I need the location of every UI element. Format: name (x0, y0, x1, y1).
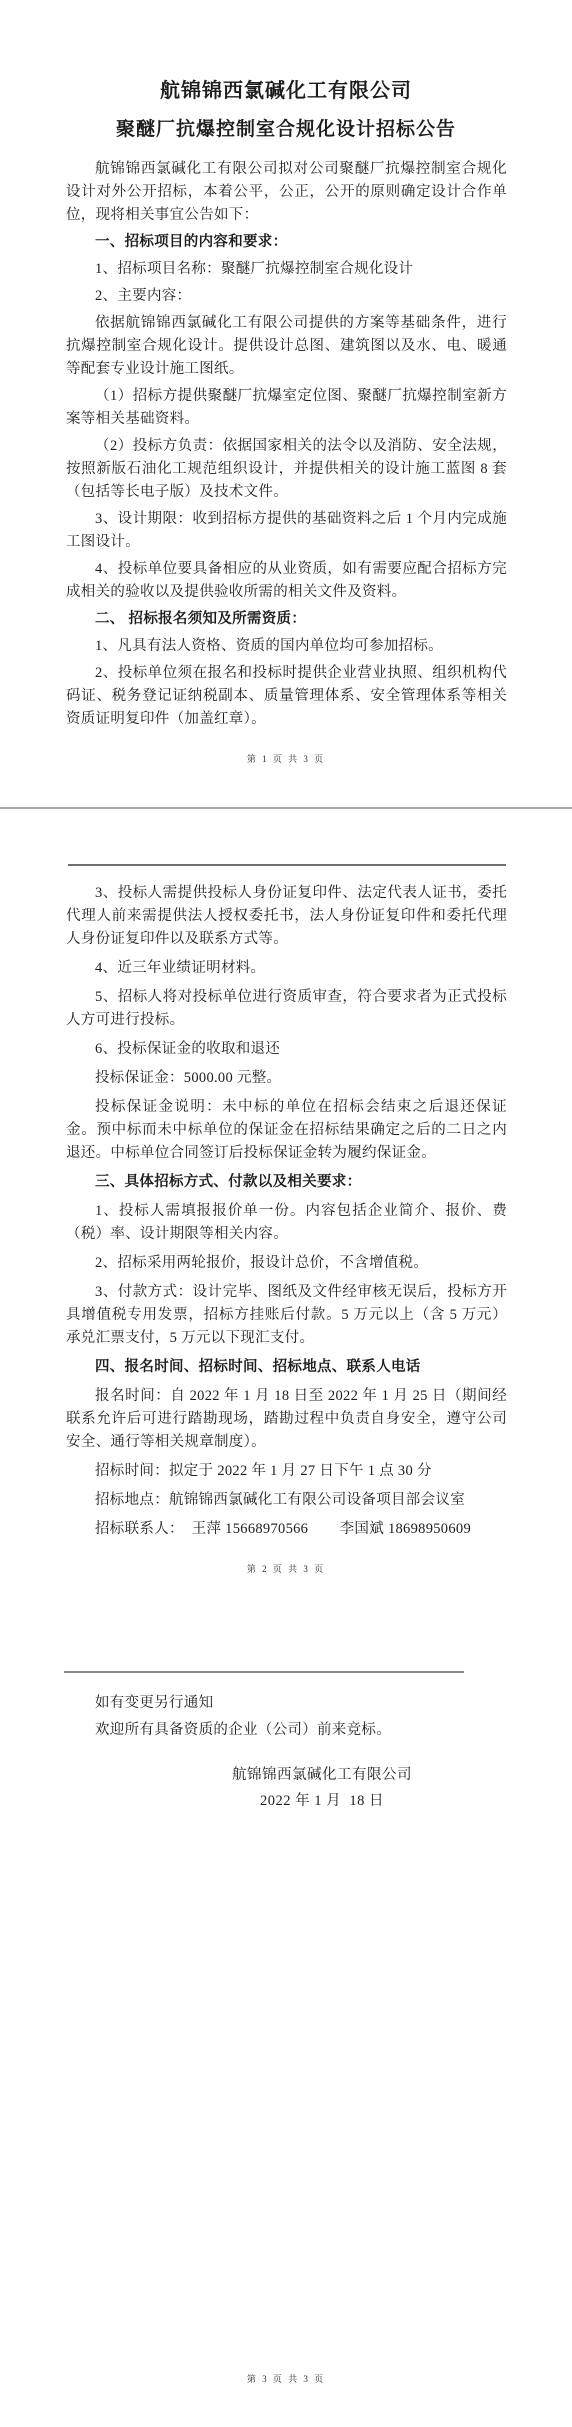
paragraph: 航锦锦西氯碱化工有限公司拟对公司聚醚厂抗爆控制室合规化设计对外公开招标，本着公平… (66, 158, 507, 227)
paragraph: 5、招标人将对投标单位进行资质审查，符合要求者为正式投标人方可进行投标。 (66, 986, 507, 1032)
signature-company: 航锦锦西氯碱化工有限公司 (136, 1762, 508, 1788)
paragraph: 欢迎所有具备资质的企业（公司）前来竞标。 (66, 1719, 507, 1742)
paragraph: 1、凡具有法人资格、资质的国内单位均可参加招标。 (66, 635, 507, 658)
paragraph: 依据航锦锦西氯碱化工有限公司提供的方案等基础条件，进行抗爆控制室合规化设计。提供… (66, 312, 507, 381)
page-1-footer: 第 1 页 共 3 页 (0, 752, 572, 765)
paragraph: 3、付款方式：设计完毕、图纸及文件经审核无误后，投标方开具增值税专用发票，招标方… (66, 1281, 507, 1350)
paragraph: 3、投标人需提供投标人身份证复印件、法定代表人证书，委托代理人前来需提供法人授权… (66, 882, 507, 951)
paragraph: 报名时间：自 2022 年 1 月 18 日至 2022 年 1 月 25 日（… (66, 1385, 507, 1454)
page-break-divider (0, 807, 572, 809)
page-3-top-rule (64, 1671, 464, 1673)
signature-block: 航锦锦西氯碱化工有限公司 2022 年 1 月 18 日 (136, 1762, 508, 1814)
paragraph: 2、主要内容： (66, 285, 507, 308)
paragraph: （2）投标方负责：依据国家相关的法令以及消防、安全法规，按照新版石油化工规范组织… (66, 435, 507, 504)
signature-date: 2022 年 1 月 18 日 (136, 1788, 508, 1814)
paragraph: 三、具体招标方式、付款以及相关要求： (66, 1171, 507, 1194)
paragraph: 投标保证金：5000.00 元整。 (66, 1067, 507, 1090)
page-3-body: 如有变更另行通知欢迎所有具备资质的企业（公司）前来竞标。 (66, 1692, 507, 1746)
paragraph: 二、 招标报名须知及所需资质： (66, 608, 507, 631)
paragraph: 招标地点：航锦锦西氯碱化工有限公司设备项目部会议室 (66, 1489, 507, 1512)
paragraph: 如有变更另行通知 (66, 1692, 507, 1715)
paragraph: 招标时间：拟定于 2022 年 1 月 27 日下午 1 点 30 分 (66, 1460, 507, 1483)
paragraph: （1）招标方提供聚醚厂抗爆室定位图、聚醚厂抗爆控制室新方案等相关基础资料。 (66, 385, 507, 431)
paragraph: 2、招标采用两轮报价，报设计总价，不含增值税。 (66, 1252, 507, 1275)
document-subtitle: 聚醚厂抗爆控制室合规化设计招标公告 (0, 114, 572, 141)
page-2-footer: 第 2 页 共 3 页 (0, 1562, 572, 1575)
paragraph: 四、报名时间、招标时间、招标地点、联系人电话 (66, 1356, 507, 1379)
paragraph: 一、招标项目的内容和要求： (66, 231, 507, 254)
paragraph: 3、设计期限：收到招标方提供的基础资料之后 1 个月内完成施工图设计。 (66, 508, 507, 554)
paragraph: 投标保证金说明：未中标的单位在招标会结束之后退还保证金。预中标而未中标单位的保证… (66, 1096, 507, 1165)
paragraph: 1、投标人需填报报价单一份。内容包括企业简介、报价、费（税）率、设计期限等相关内… (66, 1200, 507, 1246)
paragraph: 1、招标项目名称：聚醚厂抗爆控制室合规化设计 (66, 258, 507, 281)
page-3-footer: 第 3 页 共 3 页 (0, 2372, 572, 2385)
document-canvas: 航锦锦西氯碱化工有限公司 聚醚厂抗爆控制室合规化设计招标公告 航锦锦西氯碱化工有… (0, 0, 572, 2427)
paragraph: 4、投标单位要具备相应的从业资质，如有需要应配合招标方完成相关的验收以及提供验收… (66, 558, 507, 604)
paragraph: 招标联系人： 王萍 15668970566 李国斌 18698950609 (66, 1518, 507, 1541)
page-1-body: 航锦锦西氯碱化工有限公司拟对公司聚醚厂抗爆控制室合规化设计对外公开招标，本着公平… (66, 158, 507, 735)
paragraph: 2、投标单位须在报名和投标时提供企业营业执照、组织机构代码证、税务登记证纳税副本… (66, 662, 507, 731)
paragraph: 6、投标保证金的收取和退还 (66, 1038, 507, 1061)
paragraph: 4、近三年业绩证明材料。 (66, 957, 507, 980)
document-title: 航锦锦西氯碱化工有限公司 (0, 74, 572, 103)
page-2-body: 3、投标人需提供投标人身份证复印件、法定代表人证书，委托代理人前来需提供法人授权… (66, 882, 507, 1547)
page-2-top-rule (68, 864, 506, 866)
